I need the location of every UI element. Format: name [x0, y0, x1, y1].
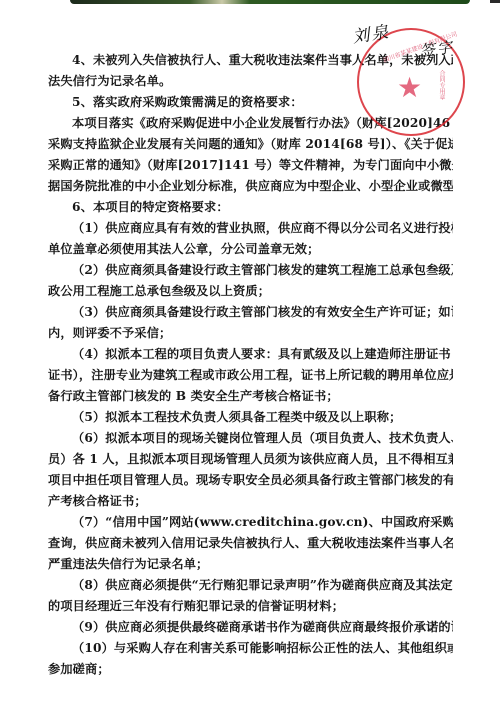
paragraph-r10: （10）与采购人存在利害关系可能影响招标公正性的法人、其他组织或者个人，不得参加…: [48, 638, 453, 680]
text-line: （9）供应商必须提供最终磋商承诺书作为磋商供应商最终报价承诺的证明材料；: [48, 617, 453, 638]
text-line: （2）供应商须具备建设行政主管部门核发的建筑工程施工总承包叁级及以上资质或市: [48, 260, 453, 281]
text-line: （3）供应商须具备建设行政主管部门核发的有效安全生产许可证；如证书不在有效期: [48, 302, 453, 323]
text-line: 严重违法失信行为记录名单；: [48, 554, 453, 575]
paragraph-p6: 6、本项目的特定资格要求：: [48, 197, 453, 218]
paragraph-r5: （5）拟派本工程技术负责人须具备工程类中级及以上职称；: [48, 407, 453, 428]
paragraph-r4: （4）拟派本工程的项目负责人要求：具有贰级及以上建造师注册证书（不含临时执业证书…: [48, 344, 453, 407]
text-line: 据国务院批准的中小企业划分标准，供应商应为中型企业、小型企业或微型企业。: [48, 176, 453, 197]
text-line: 采购支持监狱企业发展有关问题的通知》（财库 2014[68 号]）、《关于促进残…: [48, 134, 453, 155]
paragraph-r8: （8）供应商必须提供“无行贿犯罪记录声明”作为磋商供应商及其法定代表人和拟派的项…: [48, 575, 453, 617]
text-line: 政公用工程施工总承包叁级及以上资质；: [48, 281, 453, 302]
text-line: 备行政主管部门核发的 B 类安全生产考核合格证书；: [48, 386, 453, 407]
text-line: （4）拟派本工程的项目负责人要求：具有贰级及以上建造师注册证书（不含临时执业: [48, 344, 453, 365]
scan-top-edge-mark: [490, 0, 500, 3]
paragraph-r9: （9）供应商必须提供最终磋商承诺书作为磋商供应商最终报价承诺的证明材料；: [48, 617, 453, 638]
text-line: （6）拟派本项目的现场关键岗位管理人员（项目负责人、技术负责人、现场专职安全: [48, 428, 453, 449]
text-line: （10）与采购人存在利害关系可能影响招标公正性的法人、其他组织或者个人，不得: [48, 638, 453, 659]
text-line: 员）各 1 人，且拟派本项目现场管理人员须为该供应商人员，且不得相互兼任和其他在…: [48, 449, 453, 470]
text-line: 查询，供应商未被列入信用记录失信被执行人、重大税收违法案件当事人名单、政府采购: [48, 533, 453, 554]
paragraph-r2: （2）供应商须具备建设行政主管部门核发的建筑工程施工总承包叁级及以上资质或市政公…: [48, 260, 453, 302]
text-line: 项目中担任项目管理人员。现场专职安全员必须具备行政主管部门核发的有效 C 类安全…: [48, 470, 453, 491]
text-line: 单位盖章必须使用其法人公章，分公司盖章无效；: [48, 239, 453, 260]
stamp-vertical-text: 合同专用章: [437, 70, 446, 100]
text-line: 参加磋商；: [48, 659, 453, 680]
scan-top-edge-band: [70, 0, 470, 4]
paragraph-r6: （6）拟派本项目的现场关键岗位管理人员（项目负责人、技术负责人、现场专职安全员）…: [48, 428, 453, 512]
paragraph-r3: （3）供应商须具备建设行政主管部门核发的有效安全生产许可证；如证书不在有效期内，…: [48, 302, 453, 344]
handwritten-signature: 刘泉: [350, 17, 391, 47]
stamp-star-icon: ★: [397, 74, 422, 102]
text-line: 证书），注册专业为建筑工程或市政公用工程，证书上所记载的聘用单位应是该供应商，具: [48, 365, 453, 386]
text-line: （5）拟派本工程技术负责人须具备工程类中级及以上职称；: [48, 407, 453, 428]
text-line: （8）供应商必须提供“无行贿犯罪记录声明”作为磋商供应商及其法定代表人和拟派: [48, 575, 453, 596]
paragraph-r1: （1）供应商应具有有效的营业执照，供应商不得以分公司名义进行投标，响应文件的单位…: [48, 218, 453, 260]
text-line: 的项目经理近三年没有行贿犯罪记录的信誉证明材料；: [48, 596, 453, 617]
text-line: 6、本项目的特定资格要求：: [48, 197, 453, 218]
text-line: 产考核合格证书；: [48, 491, 453, 512]
text-line: （7）“信用中国”网站(www.creditchina.gov.cn)、中国政府…: [48, 512, 453, 533]
text-line: 采购正常的通知》（财库[2017]141 号）等文件精神，为专门面向中小微企业采…: [48, 155, 453, 176]
text-line: 内，则评委不予采信；: [48, 323, 453, 344]
text-line: （1）供应商应具有有效的营业执照，供应商不得以分公司名义进行投标，响应文件的: [48, 218, 453, 239]
paragraph-r7: （7）“信用中国”网站(www.creditchina.gov.cn)、中国政府…: [48, 512, 453, 575]
